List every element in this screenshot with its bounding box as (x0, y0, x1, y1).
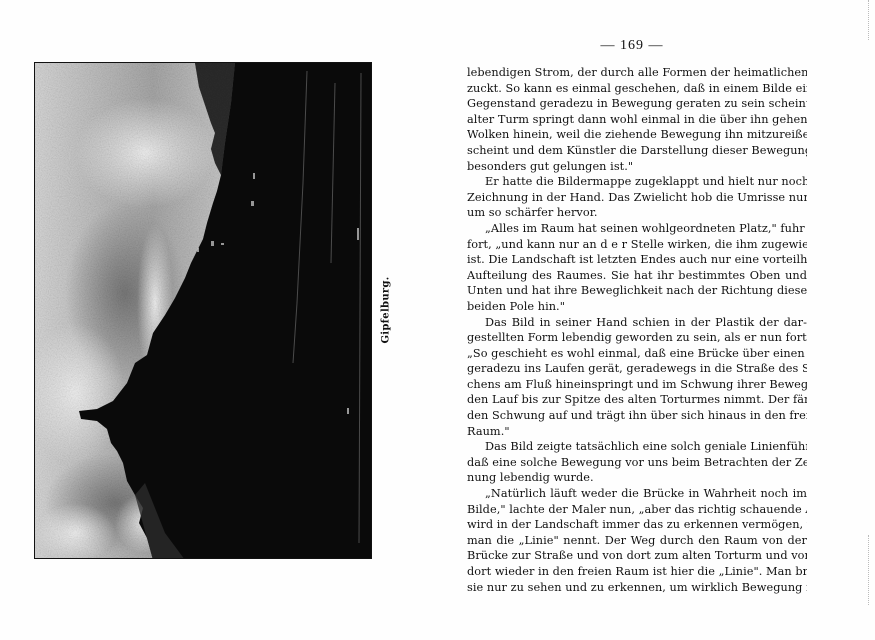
text-line: den Schwung auf und trägt ihn über sich … (467, 408, 807, 424)
scan-edge-mark (868, 535, 870, 605)
text-line: besonders gut gelungen ist." (467, 159, 807, 175)
text-line: ist. Die Landschaft ist letzten Endes au… (467, 252, 807, 268)
plate-photo (34, 62, 372, 559)
text-line: daß eine solche Bewegung vor uns beim Be… (467, 455, 807, 471)
scan-edge-mark (868, 0, 870, 40)
text-line: Zeichnung in der Hand. Das Zwielicht hob… (467, 190, 807, 206)
text-line: Aufteilung des Raumes. Sie hat ihr besti… (467, 268, 807, 284)
text-line: dort wieder in den freien Raum ist hier … (467, 564, 807, 580)
text-line: Bilde," lachte der Maler nun, „aber das … (467, 502, 807, 518)
left-page: Gipfelburg. (0, 0, 437, 640)
text-line: Gegenstand geradezu in Bewegung geraten … (467, 96, 807, 112)
text-line: „So geschieht es wohl einmal, daß eine B… (467, 346, 807, 362)
book-spread: Gipfelburg. — 169 — lebendigen Strom, de… (0, 0, 875, 640)
right-page: — 169 — lebendigen Strom, der durch alle… (437, 0, 875, 640)
text-line: nung lebendig wurde. (467, 470, 807, 486)
text-line: alter Turm springt dann wohl einmal in d… (467, 112, 807, 128)
caption-text: Gipfelburg. (381, 276, 392, 343)
text-line: Wolken hinein, weil die ziehende Bewegun… (467, 127, 807, 143)
text-line: man die „Linie" nennt. Der Weg durch den… (467, 533, 807, 549)
text-line: scheint und dem Künstler die Darstellung… (467, 143, 807, 159)
text-line: Raum." (467, 424, 807, 440)
text-line: den Lauf bis zur Spitze des alten Tortur… (467, 392, 807, 408)
text-line: „Alles im Raum hat seinen wohlgeordneten… (467, 221, 807, 237)
text-line: Brücke zur Straße und von dort zum alten… (467, 548, 807, 564)
text-line: Unten und hat ihre Beweglichkeit nach de… (467, 283, 807, 299)
text-line: Er hatte die Bildermappe zugeklappt und … (467, 174, 807, 190)
text-line: wird in der Landschaft immer das zu erke… (467, 517, 807, 533)
text-line: zuckt. So kann es einmal geschehen, daß … (467, 81, 807, 97)
text-line: „Natürlich läuft weder die Brücke in Wah… (467, 486, 807, 502)
text-line: Das Bild zeigte tatsächlich eine solch g… (467, 439, 807, 455)
text-line: um so schärfer hervor. (467, 205, 807, 221)
text-line: fort, „und kann nur an d e r Stelle wirk… (467, 237, 807, 253)
text-line: lebendigen Strom, der durch alle Formen … (467, 65, 807, 81)
text-line: Das Bild in seiner Hand schien in der Pl… (467, 315, 807, 331)
castle-photo-image (35, 63, 372, 559)
text-line: chens am Fluß hineinspringt und im Schwu… (467, 377, 807, 393)
body-text: lebendigen Strom, der durch alle Formen … (467, 65, 807, 595)
page-number: — 169 — (587, 38, 677, 54)
text-line: geradezu ins Laufen gerät, geradewegs in… (467, 361, 807, 377)
text-line: gestellten Form lebendig geworden zu sei… (467, 330, 807, 346)
text-line: sie nur zu sehen und zu erkennen, um wir… (467, 580, 807, 596)
text-line: beiden Pole hin." (467, 299, 807, 315)
